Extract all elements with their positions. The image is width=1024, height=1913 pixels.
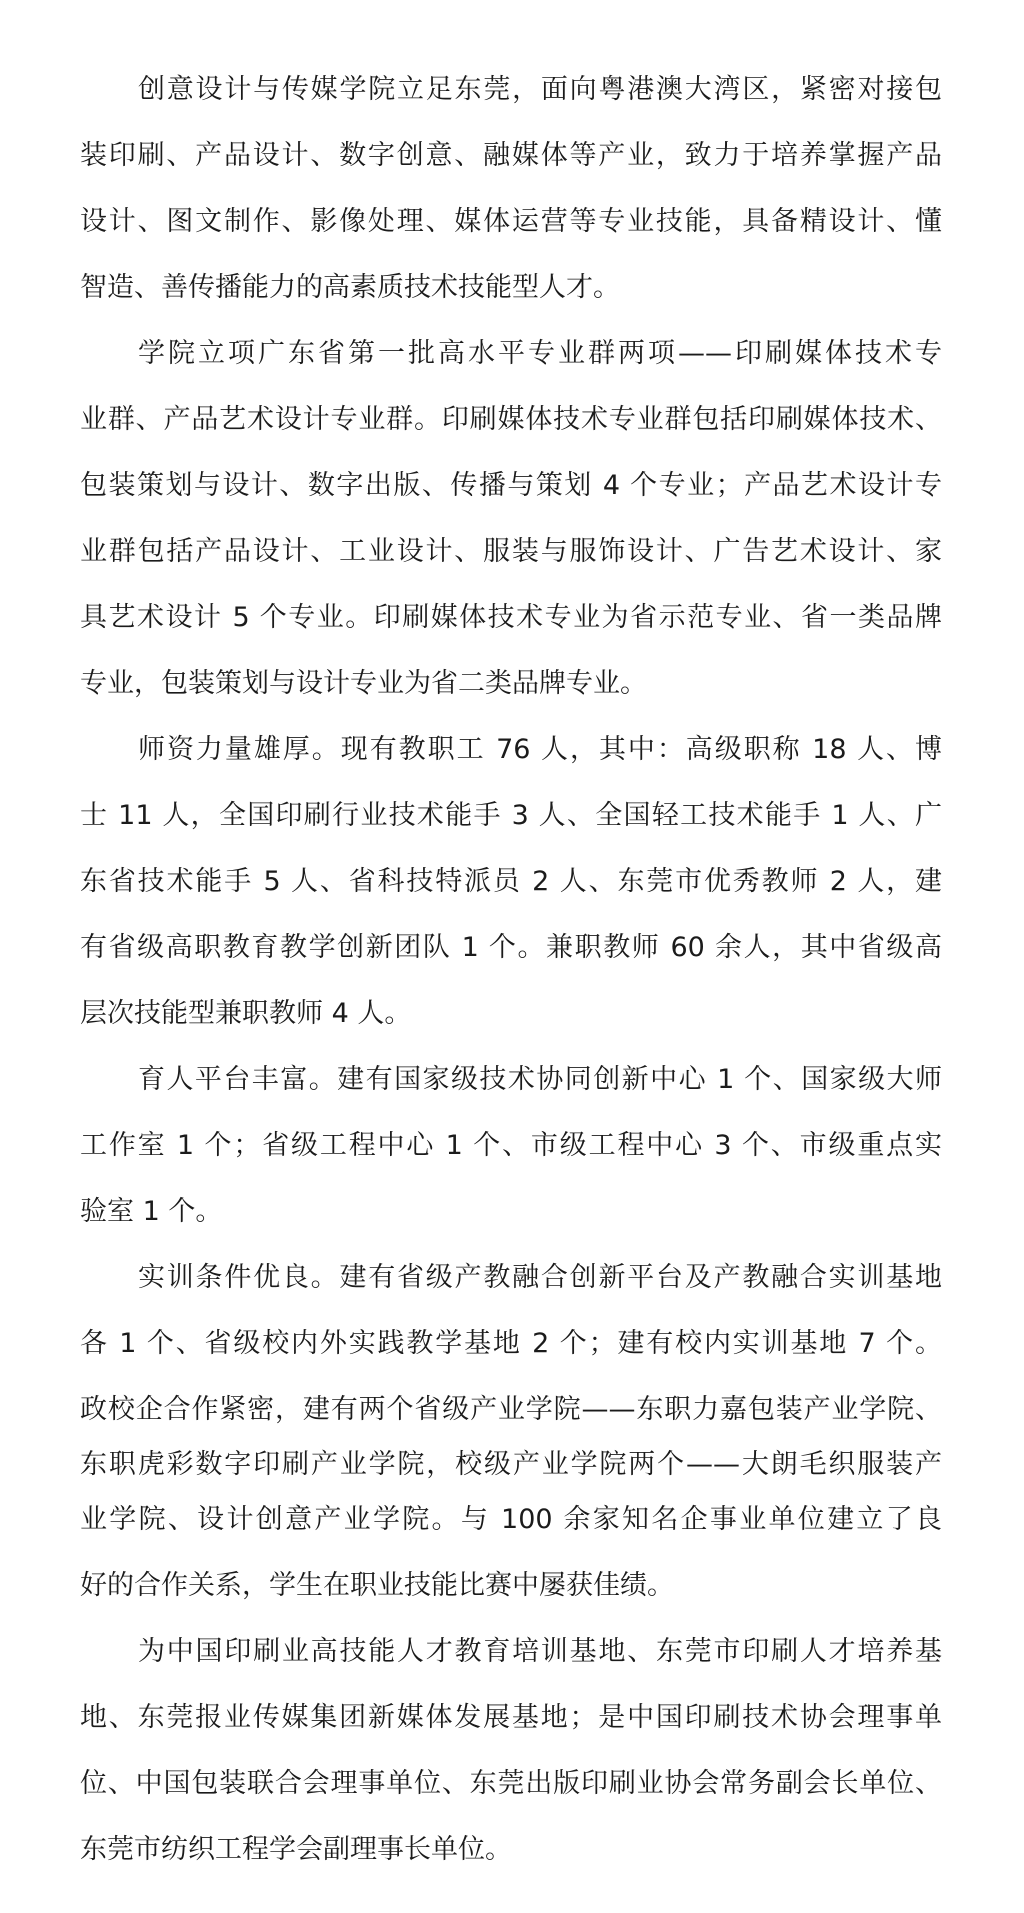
text-line: 层次技能型兼职教师 4 人。 xyxy=(80,994,942,1060)
text-line: 位、中国包装联合会理事单位、东莞出版印刷业协会常务副会长单位、 xyxy=(80,1764,942,1830)
text-line: 具艺术设计 5 个专业。印刷媒体技术专业为省示范专业、省一类品牌 xyxy=(80,598,942,664)
paragraph-majors: 学院立项广东省第一批高水平专业群两项——印刷媒体技术专 业群、产品艺术设计专业群… xyxy=(80,334,942,730)
text-line: 东职虎彩数字印刷产业学院，校级产业学院两个——大朗毛织服装产 xyxy=(80,1445,942,1500)
paragraph-intro: 创意设计与传媒学院立足东莞，面向粤港澳大湾区，紧密对接包 装印刷、产品设计、数字… xyxy=(80,70,942,334)
text-line: 专业，包装策划与设计专业为省二类品牌专业。 xyxy=(80,664,942,730)
paragraph-training: 实训条件优良。建有省级产教融合创新平台及产教融合实训基地 各 1 个、省级校内外… xyxy=(80,1258,942,1632)
text-line: 业群、产品艺术设计专业群。印刷媒体技术专业群包括印刷媒体技术、 xyxy=(80,400,942,466)
text-line: 设计、图文制作、影像处理、媒体运营等专业技能，具备精设计、懂 xyxy=(80,202,942,268)
paragraph-bases: 为中国印刷业高技能人才教育培训基地、东莞市印刷人才培养基 地、东莞报业传媒集团新… xyxy=(80,1632,942,1896)
text-line: 各 1 个、省级校内外实践教学基地 2 个；建有校内实训基地 7 个。 xyxy=(80,1324,942,1390)
paragraph-platforms: 育人平台丰富。建有国家级技术协同创新中心 1 个、国家级大师 工作室 1 个；省… xyxy=(80,1060,942,1258)
text-line: 东莞市纺织工程学会副理事长单位。 xyxy=(80,1830,942,1896)
text-line: 有省级高职教育教学创新团队 1 个。兼职教师 60 余人，其中省级高 xyxy=(80,928,942,994)
text-line: 工作室 1 个；省级工程中心 1 个、市级工程中心 3 个、市级重点实 xyxy=(80,1126,942,1192)
text-line: 育人平台丰富。建有国家级技术协同创新中心 1 个、国家级大师 xyxy=(80,1060,942,1126)
text-line: 政校企合作紧密，建有两个省级产业学院——东职力嘉包装产业学院、 xyxy=(80,1390,942,1445)
text-line: 智造、善传播能力的高素质技术技能型人才。 xyxy=(80,268,942,334)
document-body: 创意设计与传媒学院立足东莞，面向粤港澳大湾区，紧密对接包 装印刷、产品设计、数字… xyxy=(80,70,942,1896)
text-line: 为中国印刷业高技能人才教育培训基地、东莞市印刷人才培养基 xyxy=(80,1632,942,1698)
text-line: 包装策划与设计、数字出版、传播与策划 4 个专业；产品艺术设计专 xyxy=(80,466,942,532)
text-line: 装印刷、产品设计、数字创意、融媒体等产业，致力于培养掌握产品 xyxy=(80,136,942,202)
text-line: 创意设计与传媒学院立足东莞，面向粤港澳大湾区，紧密对接包 xyxy=(80,70,942,136)
text-line: 实训条件优良。建有省级产教融合创新平台及产教融合实训基地 xyxy=(80,1258,942,1324)
text-line: 地、东莞报业传媒集团新媒体发展基地；是中国印刷技术协会理事单 xyxy=(80,1698,942,1764)
text-line: 验室 1 个。 xyxy=(80,1192,942,1258)
paragraph-faculty: 师资力量雄厚。现有教职工 76 人，其中：高级职称 18 人、博 士 11 人，… xyxy=(80,730,942,1060)
text-line: 业群包括产品设计、工业设计、服装与服饰设计、广告艺术设计、家 xyxy=(80,532,942,598)
text-line: 业学院、设计创意产业学院。与 100 余家知名企事业单位建立了良 xyxy=(80,1500,942,1566)
text-line: 学院立项广东省第一批高水平专业群两项——印刷媒体技术专 xyxy=(80,334,942,400)
text-line: 师资力量雄厚。现有教职工 76 人，其中：高级职称 18 人、博 xyxy=(80,730,942,796)
text-line: 好的合作关系，学生在职业技能比赛中屡获佳绩。 xyxy=(80,1566,942,1632)
text-line: 士 11 人，全国印刷行业技术能手 3 人、全国轻工技术能手 1 人、广 xyxy=(80,796,942,862)
text-line: 东省技术能手 5 人、省科技特派员 2 人、东莞市优秀教师 2 人，建 xyxy=(80,862,942,928)
